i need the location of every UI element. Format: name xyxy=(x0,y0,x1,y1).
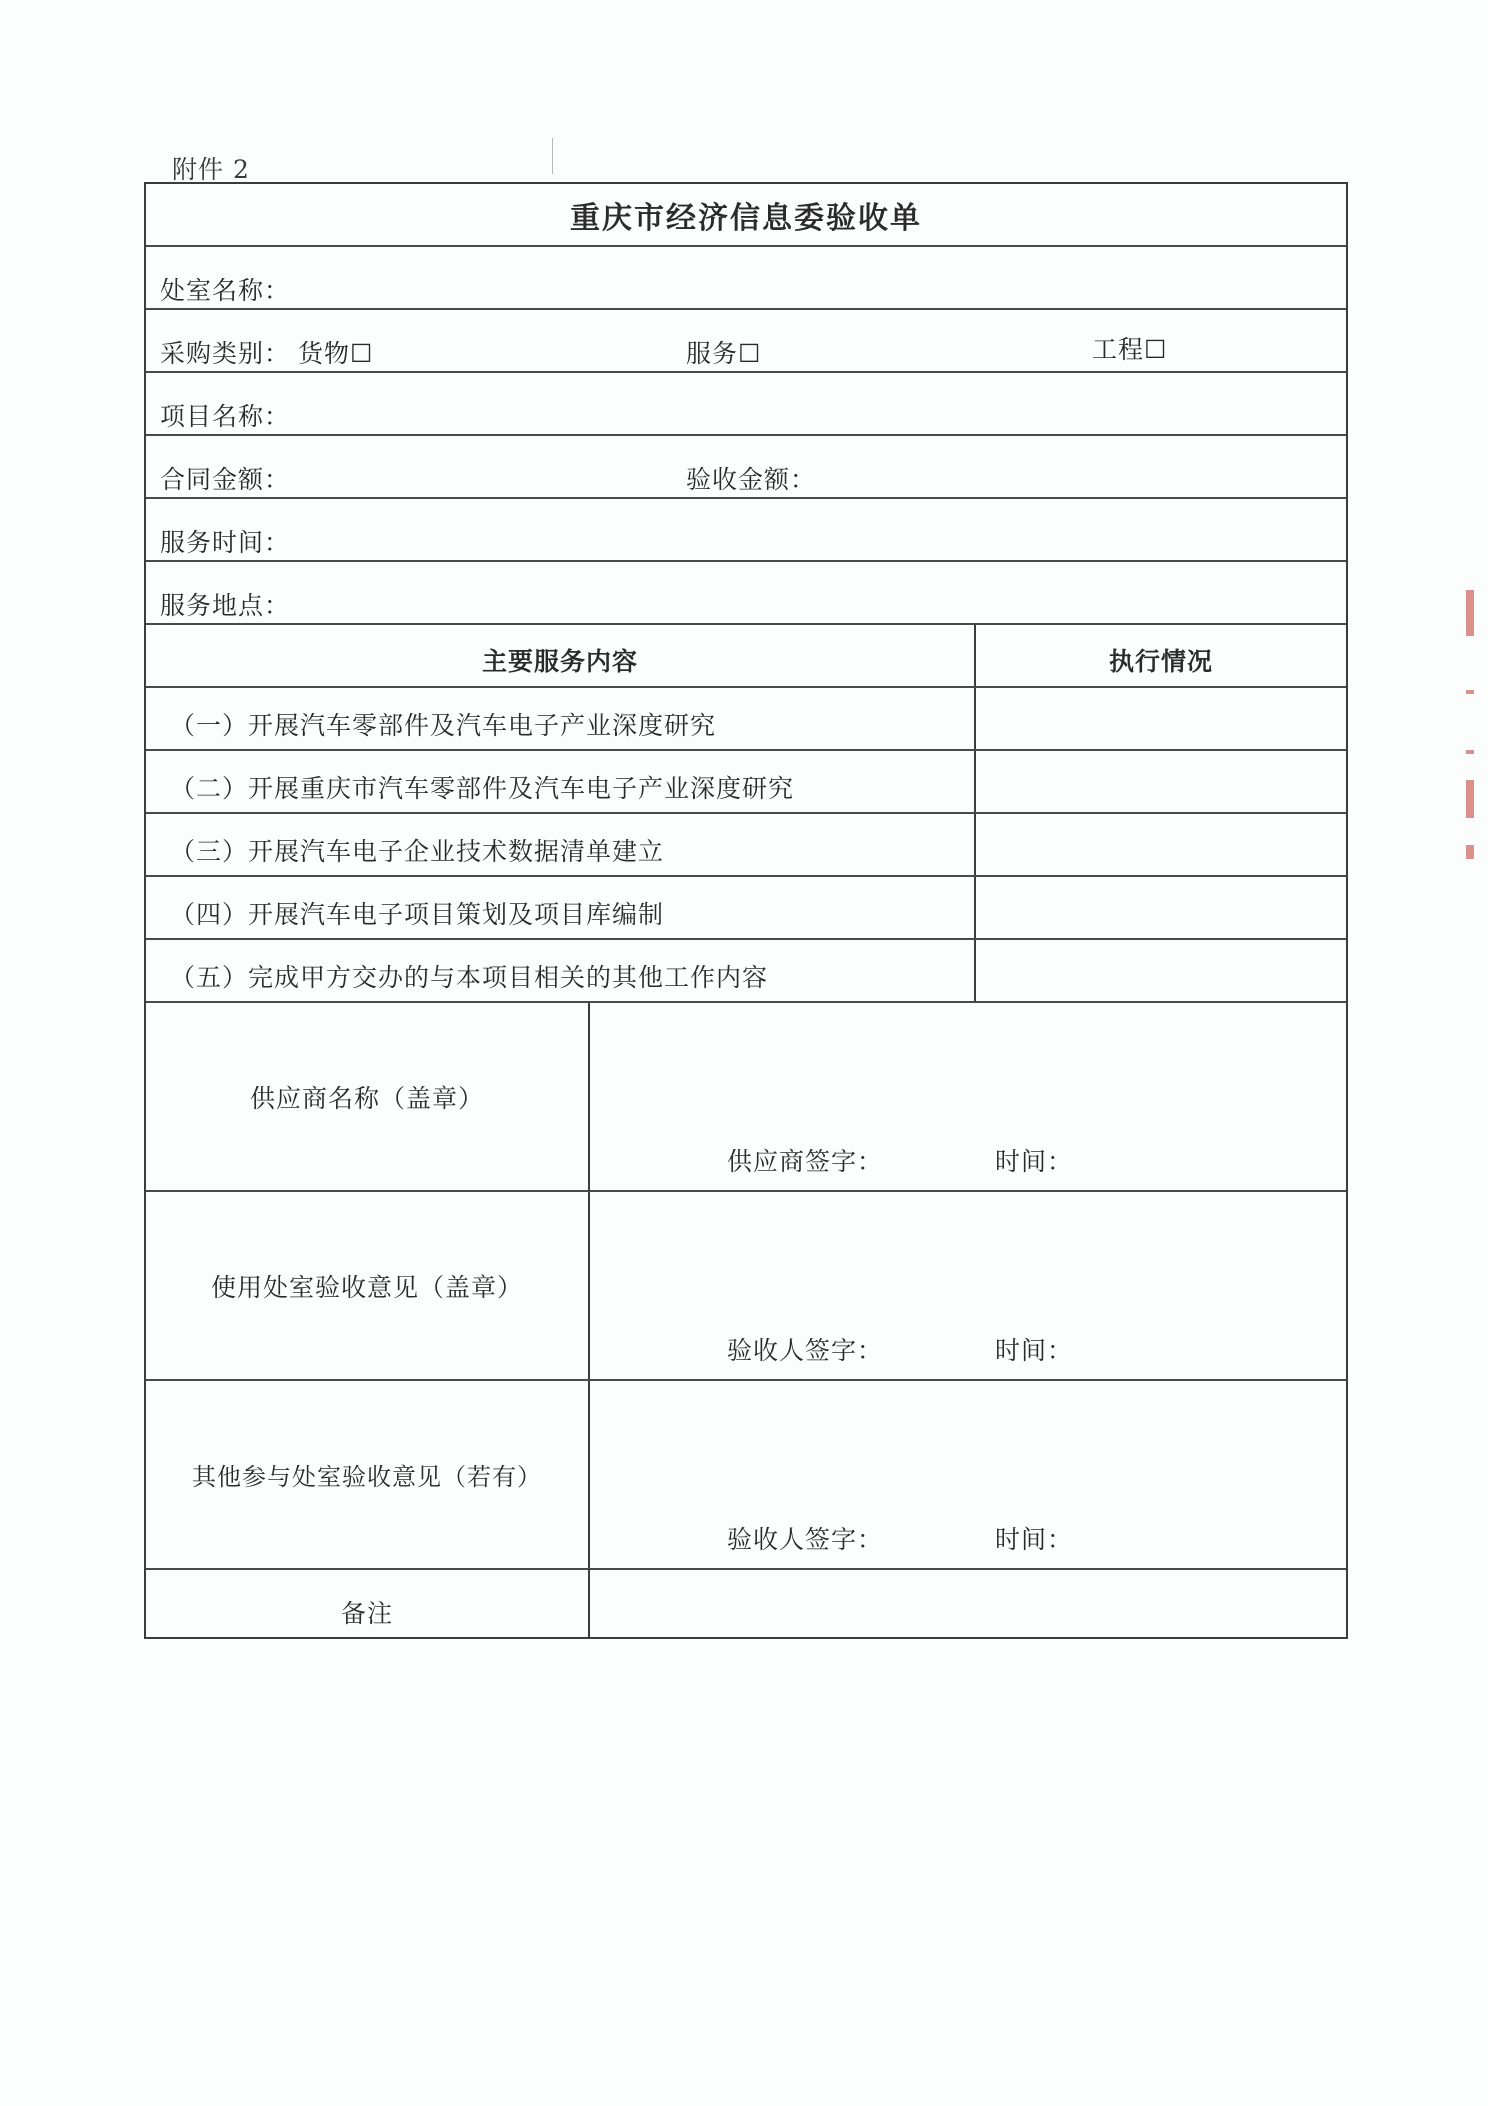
service-time-field[interactable]: 服务时间： xyxy=(160,523,290,559)
acceptance-amount-field[interactable]: 验收金额： xyxy=(686,460,816,496)
procurement-type-row: 采购类别： 货物☐ 服务☐ 工程☐ xyxy=(146,310,1346,373)
contract-amount-field[interactable]: 合同金额： xyxy=(160,460,290,496)
department-acceptance-label: 使用处室验收意见（盖章） xyxy=(146,1192,590,1379)
acceptor-signature-label: 验收人签字： xyxy=(727,1331,883,1367)
department-acceptance-content-area[interactable]: 验收人签字： 时间： xyxy=(590,1192,1346,1379)
service-row: （四）开展汽车电子项目策划及项目库编制 xyxy=(146,877,1346,940)
service-row: （五）完成甲方交办的与本项目相关的其他工作内容 xyxy=(146,940,1346,1003)
annex-label: 附件 2 xyxy=(172,150,250,186)
checkbox-goods[interactable]: 货物☐ xyxy=(298,334,373,370)
service-time-row: 服务时间： xyxy=(146,499,1346,562)
procurement-type-label: 采购类别： xyxy=(160,334,290,370)
checkbox-engineering[interactable]: 工程☐ xyxy=(1092,330,1167,366)
execution-status-cell[interactable] xyxy=(976,877,1346,938)
red-seal-fragment xyxy=(1466,590,1480,870)
department-name-field[interactable]: 处室名称： xyxy=(160,271,290,307)
service-content: （三）开展汽车电子企业技术数据清单建立 xyxy=(170,832,664,868)
project-name-field[interactable]: 项目名称： xyxy=(160,397,290,433)
execution-status-cell[interactable] xyxy=(976,814,1346,875)
execution-status-cell[interactable] xyxy=(976,688,1346,749)
checkbox-service[interactable]: 服务☐ xyxy=(686,334,761,370)
acceptance-form-table: 重庆市经济信息委验收单 处室名称： 采购类别： 货物☐ 服务☐ 工程☐ 项目名称… xyxy=(144,182,1348,1639)
service-row: （一）开展汽车零部件及汽车电子产业深度研究 xyxy=(146,688,1346,751)
department-name-row: 处室名称： xyxy=(146,247,1346,310)
other-acceptance-time-label: 时间： xyxy=(995,1520,1073,1556)
service-content: （二）开展重庆市汽车零部件及汽车电子产业深度研究 xyxy=(170,769,794,805)
supplier-content-area[interactable]: 供应商签字： 时间： xyxy=(590,1003,1346,1190)
header-execution-status: 执行情况 xyxy=(976,625,1346,686)
acceptance-time-label: 时间： xyxy=(995,1331,1073,1367)
service-content: （一）开展汽车零部件及汽车电子产业深度研究 xyxy=(170,706,716,742)
execution-status-cell[interactable] xyxy=(976,751,1346,812)
form-title: 重庆市经济信息委验收单 xyxy=(570,193,922,237)
services-header-row: 主要服务内容 执行情况 xyxy=(146,625,1346,688)
supplier-name-label: 供应商名称（盖章） xyxy=(146,1003,590,1190)
remarks-label: 备注 xyxy=(146,1570,590,1637)
service-location-row: 服务地点： xyxy=(146,562,1346,625)
supplier-signature-label: 供应商签字： xyxy=(727,1142,883,1178)
service-row: （三）开展汽车电子企业技术数据清单建立 xyxy=(146,814,1346,877)
supplier-time-label: 时间： xyxy=(995,1142,1073,1178)
other-department-section: 其他参与处室验收意见（若有） 验收人签字： 时间： xyxy=(146,1381,1346,1570)
amount-row: 合同金额： 验收金额： xyxy=(146,436,1346,499)
project-name-row: 项目名称： xyxy=(146,373,1346,436)
other-acceptor-signature-label: 验收人签字： xyxy=(727,1520,883,1556)
department-acceptance-section: 使用处室验收意见（盖章） 验收人签字： 时间： xyxy=(146,1192,1346,1381)
service-row: （二）开展重庆市汽车零部件及汽车电子产业深度研究 xyxy=(146,751,1346,814)
form-title-row: 重庆市经济信息委验收单 xyxy=(146,184,1346,247)
header-main-services: 主要服务内容 xyxy=(146,625,974,686)
supplier-section: 供应商名称（盖章） 供应商签字： 时间： xyxy=(146,1003,1346,1192)
service-location-field[interactable]: 服务地点： xyxy=(160,586,290,622)
other-department-content-area[interactable]: 验收人签字： 时间： xyxy=(590,1381,1346,1568)
scan-artifact-mark xyxy=(552,138,553,174)
service-content: （五）完成甲方交办的与本项目相关的其他工作内容 xyxy=(170,958,768,994)
execution-status-cell[interactable] xyxy=(976,940,1346,1001)
remarks-content-area[interactable] xyxy=(590,1570,1346,1637)
service-content: （四）开展汽车电子项目策划及项目库编制 xyxy=(170,895,664,931)
other-department-label: 其他参与处室验收意见（若有） xyxy=(146,1381,590,1568)
remarks-section: 备注 xyxy=(146,1570,1346,1637)
